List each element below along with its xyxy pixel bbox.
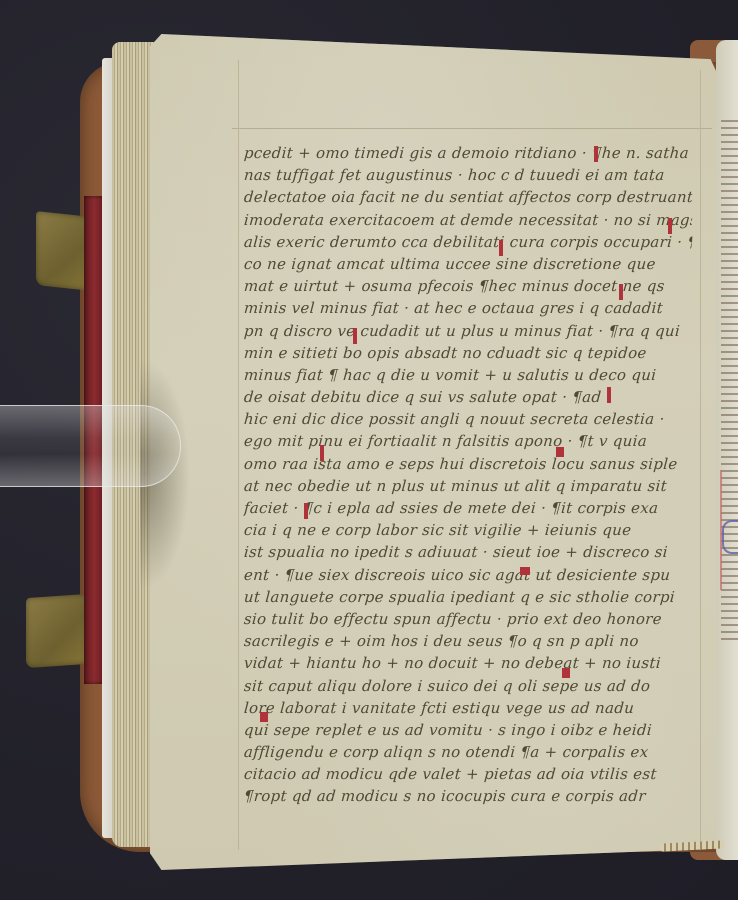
text-line: sacrilegis e + oim hos i deu seus ¶o q s… bbox=[243, 630, 693, 652]
text-line: minus fiat ¶ hac q die u vomit + u salut… bbox=[243, 364, 693, 386]
text-line: co ne ignat amcat ultima uccee sine disc… bbox=[243, 253, 693, 275]
text-line: ¶ropt qd ad modicu s no icocupis cura e … bbox=[243, 785, 693, 807]
text-line: cia i q ne e corp labor sic sit vigilie … bbox=[243, 519, 693, 541]
red-paragraph-mark bbox=[320, 445, 324, 461]
text-line: sit caput aliqu dolore i suico dei q oli… bbox=[243, 675, 693, 697]
red-paragraph-mark bbox=[619, 284, 623, 300]
text-line: faciet · ¶c i epla ad ssies de mete dei … bbox=[243, 497, 693, 519]
text-line: ent · ¶ue siex discreois uico sic agat u… bbox=[243, 564, 693, 586]
top-ruling-line bbox=[232, 128, 712, 129]
red-paragraph-mark bbox=[520, 567, 530, 575]
right-margin-ruling bbox=[700, 70, 701, 850]
text-line: delectatoe oia facit ne du sentiat affec… bbox=[243, 186, 693, 208]
red-paragraph-mark bbox=[607, 387, 611, 403]
text-line: nas tuffigat fet augustinus · hoc c d tu… bbox=[243, 164, 693, 186]
red-paragraph-mark bbox=[499, 240, 503, 256]
text-line: mat e uirtut + osuma pfecois ¶hec minus … bbox=[243, 275, 693, 297]
red-paragraph-mark bbox=[594, 146, 598, 162]
text-line: min e sitieti bo opis absadt no cduadt s… bbox=[243, 342, 693, 364]
text-line: alis exeric derumto cca debilitati cura … bbox=[243, 231, 693, 253]
text-line: at nec obedie ut n plus ut minus ut alit… bbox=[243, 475, 693, 497]
red-paragraph-mark bbox=[668, 218, 672, 234]
text-line: pcedit + omo timedi gis a demoio ritdian… bbox=[243, 142, 693, 164]
text-line: ist spualia no ipedit s adiuuat · sieut … bbox=[243, 541, 693, 563]
facing-page-blue-initial bbox=[722, 520, 738, 554]
text-line: affligendu e corp aliqn s no otendi ¶a +… bbox=[243, 741, 693, 763]
text-line: pn q discro ve cudadit ut u plus u minus… bbox=[243, 320, 693, 342]
red-paragraph-mark bbox=[353, 328, 357, 344]
red-paragraph-mark bbox=[556, 447, 564, 457]
text-line: imoderata exercitacoem at demde necessit… bbox=[243, 209, 693, 231]
red-paragraph-mark bbox=[260, 712, 268, 722]
left-margin-ruling bbox=[238, 60, 239, 850]
text-line: lore laborat i vanitate fcti estiqu vege… bbox=[243, 697, 693, 719]
text-line: minis vel minus fiat · at hec e octaua g… bbox=[243, 297, 693, 319]
red-paragraph-mark bbox=[562, 668, 570, 678]
clear-page-weight-strap bbox=[0, 405, 181, 487]
text-line: ut languete corpe spualia ipediant q e s… bbox=[243, 586, 693, 608]
text-line: sio tulit bo effectu spun affectu · prio… bbox=[243, 608, 693, 630]
text-line: hic eni dic dice possit angli q nouut se… bbox=[243, 408, 693, 430]
manuscript-text-block: pcedit + omo timedi gis a demoio ritdian… bbox=[244, 142, 692, 808]
text-line: de oisat debitu dice q sui vs salute opa… bbox=[243, 386, 693, 408]
text-line: vidat + hiantu ho + no docuit + no debea… bbox=[243, 652, 693, 674]
text-line: qui sepe replet e us ad vomitu · s ingo … bbox=[243, 719, 693, 741]
lower-clasp-tab bbox=[26, 594, 88, 668]
red-paragraph-mark bbox=[304, 503, 308, 519]
text-line: ego mit pinu ei fortiaalit n falsitis ap… bbox=[243, 430, 693, 452]
text-line: omo raa ista amo e seps hui discretois l… bbox=[243, 453, 693, 475]
text-line: citacio ad modicu qde valet + pietas ad … bbox=[243, 763, 693, 785]
